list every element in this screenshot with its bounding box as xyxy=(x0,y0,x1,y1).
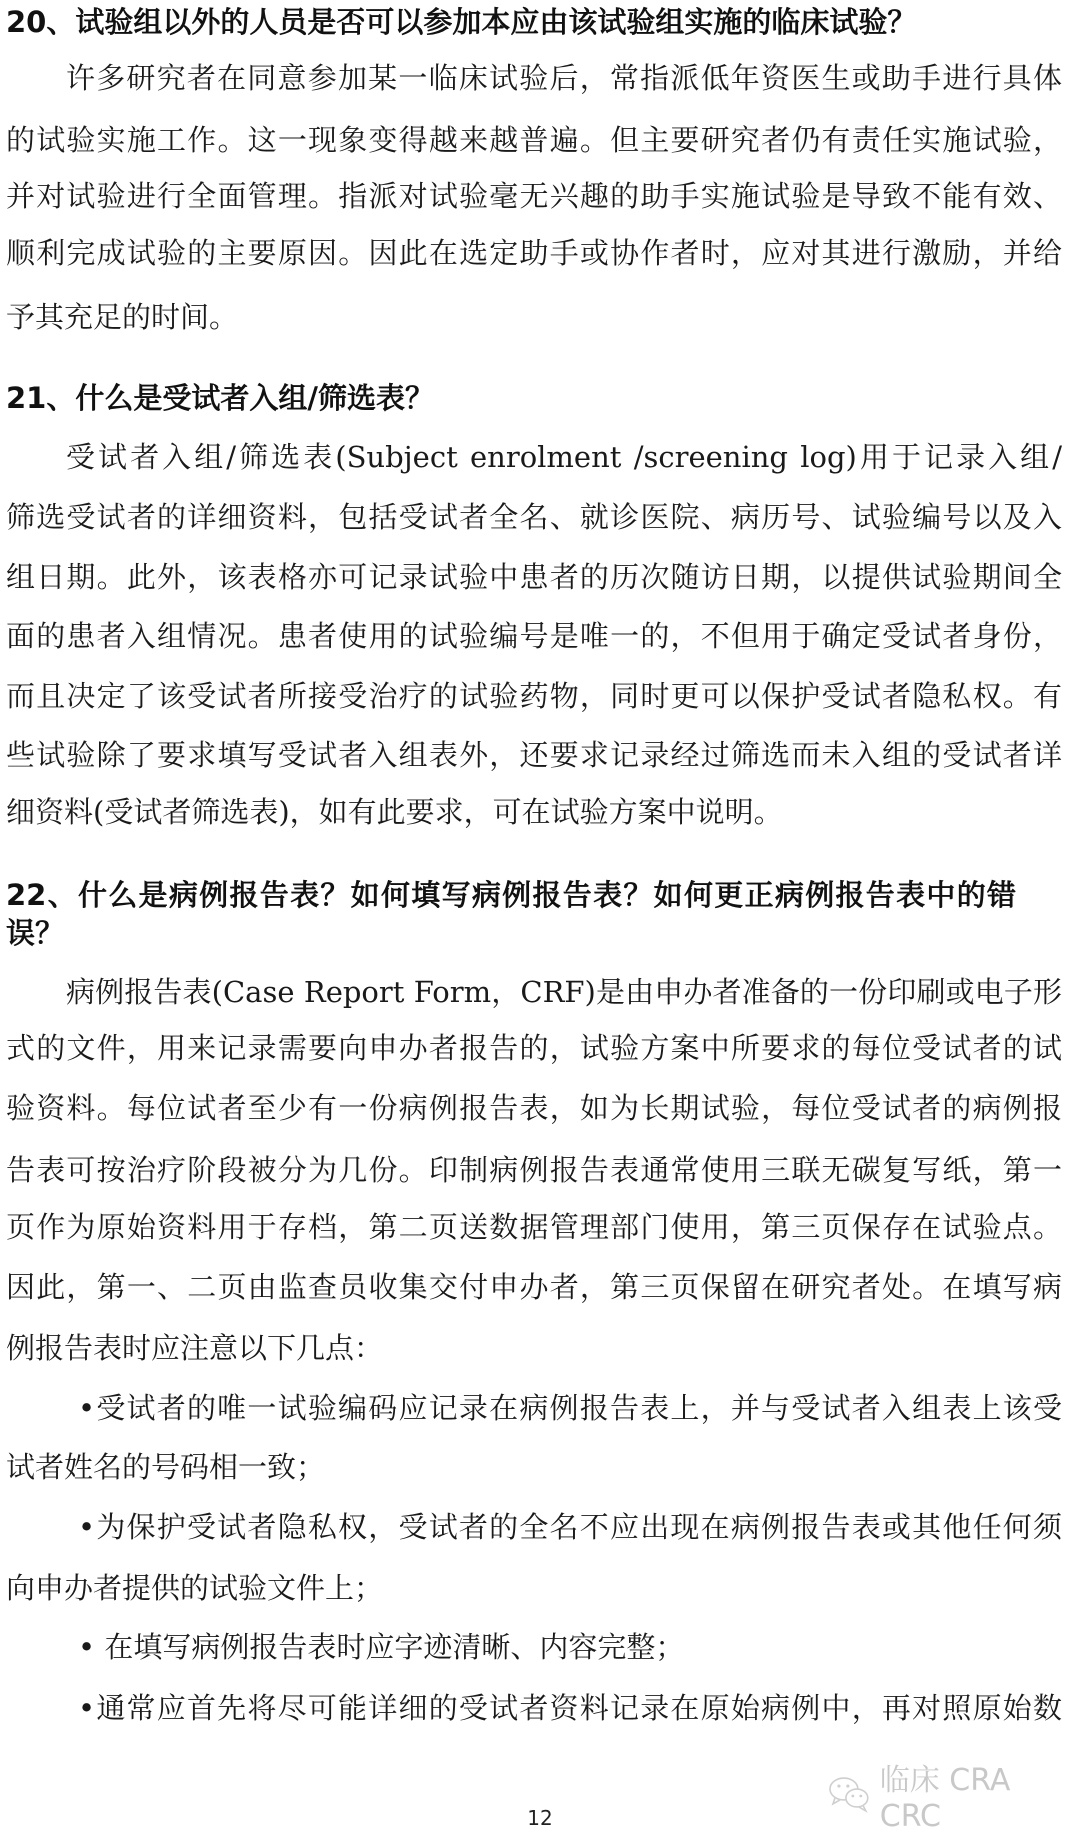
section-22-body-line: 告表可按治疗阶段被分为几份。印制病例报告表通常使用三联无碳复写纸，第一 xyxy=(6,1150,1062,1190)
section-21-heading: 21、什么是受试者入组/筛选表？ xyxy=(6,378,1062,418)
section-22-body-line: 例报告表时应注意以下几点： xyxy=(6,1328,1062,1368)
section-21-body-line: 些试验除了要求填写受试者入组表外，还要求记录经过筛选而未入组的受试者详 xyxy=(6,735,1062,775)
bullet-item-1-continued: 试者姓名的号码相一致； xyxy=(6,1447,1062,1487)
bullet-item-2: •为保护受试者隐私权，受试者的全名不应出现在病例报告表或其他任何须 xyxy=(78,1507,1062,1547)
section-22-body-line: 病例报告表(Case Report Form，CRF)是由申办者准备的一份印刷或… xyxy=(66,972,1062,1012)
section-22-body-line: 验资料。每位试者至少有一份病例报告表，如为长期试验，每位受试者的病例报 xyxy=(6,1088,1062,1128)
section-21-body-line: 组日期。此外，该表格亦可记录试验中患者的历次随访日期，以提供试验期间全 xyxy=(6,557,1062,597)
section-20-body-line: 予其充足的时间。 xyxy=(6,297,1062,337)
page-number: 12 xyxy=(0,1806,1080,1830)
section-22-body-line: 式的文件，用来记录需要向申办者报告的，试验方案中所要求的每位受试者的试 xyxy=(6,1028,1062,1068)
section-20-body-line: 顺利完成试验的主要原因。因此在选定助手或协作者时，应对其进行激励，并给 xyxy=(6,233,1062,273)
section-22-body-line: 页作为原始资料用于存档，第二页送数据管理部门使用，第三页保存在试验点。 xyxy=(6,1207,1062,1247)
section-21-body-line: 而且决定了该受试者所接受治疗的试验药物，同时更可以保护受试者隐私权。有 xyxy=(6,676,1062,716)
bullet-item-1: •受试者的唯一试验编码应记录在病例报告表上，并与受试者入组表上该受 xyxy=(78,1388,1062,1428)
bullet-item-4: •通常应首先将尽可能详细的受试者资料记录在原始病例中，再对照原始数 xyxy=(78,1688,1062,1728)
bullet-item-3: • 在填写病例报告表时应字迹清晰、内容完整； xyxy=(78,1627,1062,1667)
section-22-heading-continued: 误？ xyxy=(6,913,1062,953)
section-20-body-line: 的试验实施工作。这一现象变得越来越普遍。但主要研究者仍有责任实施试验， xyxy=(6,120,1062,160)
section-20-body-line: 并对试验进行全面管理。指派对试验毫无兴趣的助手实施试验是导致不能有效、 xyxy=(6,176,1062,216)
section-21-body-line: 细资料(受试者筛选表)，如有此要求，可在试验方案中说明。 xyxy=(6,792,1062,832)
section-20-heading: 20、试验组以外的人员是否可以参加本应由该试验组实施的临床试验？ xyxy=(6,2,1062,42)
section-22-body-line: 因此，第一、二页由监查员收集交付申办者，第三页保留在研究者处。在填写病 xyxy=(6,1267,1062,1307)
section-21-body-line: 面的患者入组情况。患者使用的试验编号是唯一的，不但用于确定受试者身份， xyxy=(6,616,1062,656)
section-21-body-line: 筛选受试者的详细资料，包括受试者全名、就诊医院、病历号、试验编号以及入 xyxy=(6,497,1062,537)
section-22-heading: 22、什么是病例报告表？如何填写病例报告表？如何更正病例报告表中的错 xyxy=(6,875,1016,915)
section-21-body-line: 受试者入组/筛选表(Subject enrolment /screening l… xyxy=(66,437,1062,477)
document-page: 20、试验组以外的人员是否可以参加本应由该试验组实施的临床试验？ 许多研究者在同… xyxy=(0,0,1080,1843)
bullet-item-2-continued: 向申办者提供的试验文件上； xyxy=(6,1568,1062,1608)
section-20-body-line: 许多研究者在同意参加某一临床试验后，常指派低年资医生或助手进行具体 xyxy=(66,58,1062,98)
